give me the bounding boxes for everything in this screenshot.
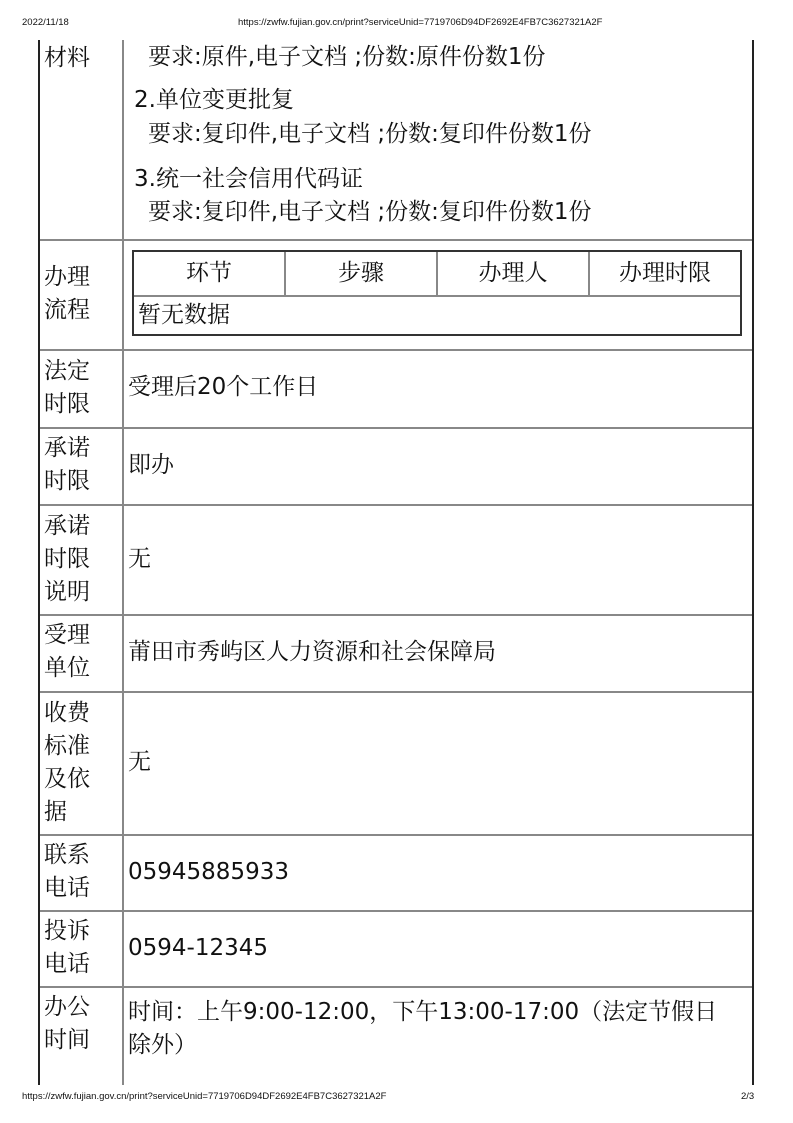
label-line: 时间 <box>44 1024 120 1057</box>
material-requirement: 要求:复印件,电子文档 ;份数:复印件份数1份 <box>148 119 592 149</box>
row-complaint-phone: 投诉 电话 0594-12345 <box>38 910 754 987</box>
row-label: 法定 时限 <box>44 355 120 421</box>
row-materials: 材料 要求:原件,电子文档 ;份数:原件份数1份 2.单位变更批复 要求:复印件… <box>38 40 754 240</box>
label-line: 法定 <box>44 355 120 388</box>
office-hours-value: 时间：上午9:00-12:00，下午13:00-17:00（法定节假日 除外） <box>128 996 746 1062</box>
row-legal-time-limit: 法定 时限 受理后20个工作日 <box>38 349 754 427</box>
row-divider <box>40 239 752 241</box>
row-label: 材料 <box>44 42 120 75</box>
print-header-url: https://zwfw.fujian.gov.cn/print?service… <box>238 17 602 28</box>
column-header-handler: 办理人 <box>438 252 590 295</box>
column-header-stage: 环节 <box>134 252 286 295</box>
row-label: 投诉 电话 <box>44 915 120 981</box>
material-requirement: 要求:原件,电子文档 ;份数:原件份数1份 <box>148 42 546 72</box>
label-line: 时限 <box>44 388 120 421</box>
label-line: 标准 <box>44 730 120 763</box>
row-value: 受理后20个工作日 <box>128 371 746 404</box>
row-value: 无 <box>128 746 746 779</box>
label-line: 及依 <box>44 763 120 796</box>
row-divider <box>40 614 752 616</box>
label-line: 承诺 <box>44 510 120 543</box>
label-line: 流程 <box>44 294 120 327</box>
row-divider <box>40 986 752 988</box>
service-info-table: 材料 要求:原件,电子文档 ;份数:原件份数1份 2.单位变更批复 要求:复印件… <box>38 40 754 1085</box>
label-line: 电话 <box>44 948 120 981</box>
office-hours-line: 时间：上午9:00-12:00，下午13:00-17:00（法定节假日 <box>128 996 746 1029</box>
row-accepting-unit: 受理 单位 莆田市秀屿区人力资源和社会保障局 <box>38 614 754 692</box>
page-number: 2/3 <box>741 1091 754 1102</box>
row-process: 办理 流程 环节 步骤 办理人 办理时限 暂无数据 <box>38 239 754 350</box>
row-divider <box>40 349 752 351</box>
label-line: 投诉 <box>44 915 120 948</box>
row-label: 收费 标准 及依 据 <box>44 697 120 829</box>
row-label: 承诺 时限 <box>44 432 120 498</box>
row-promised-time-limit-note: 承诺 时限 说明 无 <box>38 504 754 615</box>
row-promised-time-limit: 承诺 时限 即办 <box>38 427 754 505</box>
print-footer-url: https://zwfw.fujian.gov.cn/print?service… <box>22 1091 386 1102</box>
contact-phone-value: 05945885933 <box>128 856 746 889</box>
row-office-hours: 办公 时间 时间：上午9:00-12:00，下午13:00-17:00（法定节假… <box>38 986 754 1085</box>
label-line: 收费 <box>44 697 120 730</box>
row-label: 办公 时间 <box>44 991 120 1057</box>
label-line: 办公 <box>44 991 120 1024</box>
row-value: 莆田市秀屿区人力资源和社会保障局 <box>128 636 746 669</box>
empty-state-text: 暂无数据 <box>138 299 230 332</box>
row-divider <box>40 691 752 693</box>
row-fee-standard: 收费 标准 及依 据 无 <box>38 691 754 835</box>
material-title: 3.统一社会信用代码证 <box>134 164 363 194</box>
row-contact-phone: 联系 电话 05945885933 <box>38 834 754 911</box>
row-divider <box>40 910 752 912</box>
row-divider <box>40 834 752 836</box>
row-label: 办理 流程 <box>44 261 120 327</box>
material-title: 2.单位变更批复 <box>134 85 294 115</box>
process-table: 环节 步骤 办理人 办理时限 暂无数据 <box>132 250 742 336</box>
column-header-step: 步骤 <box>286 252 438 295</box>
process-table-header: 环节 步骤 办理人 办理时限 <box>134 252 740 297</box>
row-label: 联系 电话 <box>44 839 120 905</box>
label-line: 办理 <box>44 261 120 294</box>
label-line: 受理 <box>44 619 120 652</box>
label-line: 时限 <box>44 465 120 498</box>
label-line: 单位 <box>44 652 120 685</box>
office-hours-line: 除外） <box>128 1029 746 1062</box>
print-date: 2022/11/18 <box>22 17 69 28</box>
label-line: 电话 <box>44 872 120 905</box>
row-label: 承诺 时限 说明 <box>44 510 120 609</box>
row-divider <box>40 427 752 429</box>
row-value: 即办 <box>128 449 746 482</box>
label-line: 时限 <box>44 543 120 576</box>
row-label: 受理 单位 <box>44 619 120 685</box>
column-header-time-limit: 办理时限 <box>590 252 740 295</box>
label-line: 联系 <box>44 839 120 872</box>
label-line: 说明 <box>44 576 120 609</box>
label-line: 承诺 <box>44 432 120 465</box>
row-divider <box>40 504 752 506</box>
material-requirement: 要求:复印件,电子文档 ;份数:复印件份数1份 <box>148 197 592 227</box>
label-line: 据 <box>44 796 120 829</box>
row-value: 无 <box>128 543 746 576</box>
complaint-phone-value: 0594-12345 <box>128 932 746 965</box>
